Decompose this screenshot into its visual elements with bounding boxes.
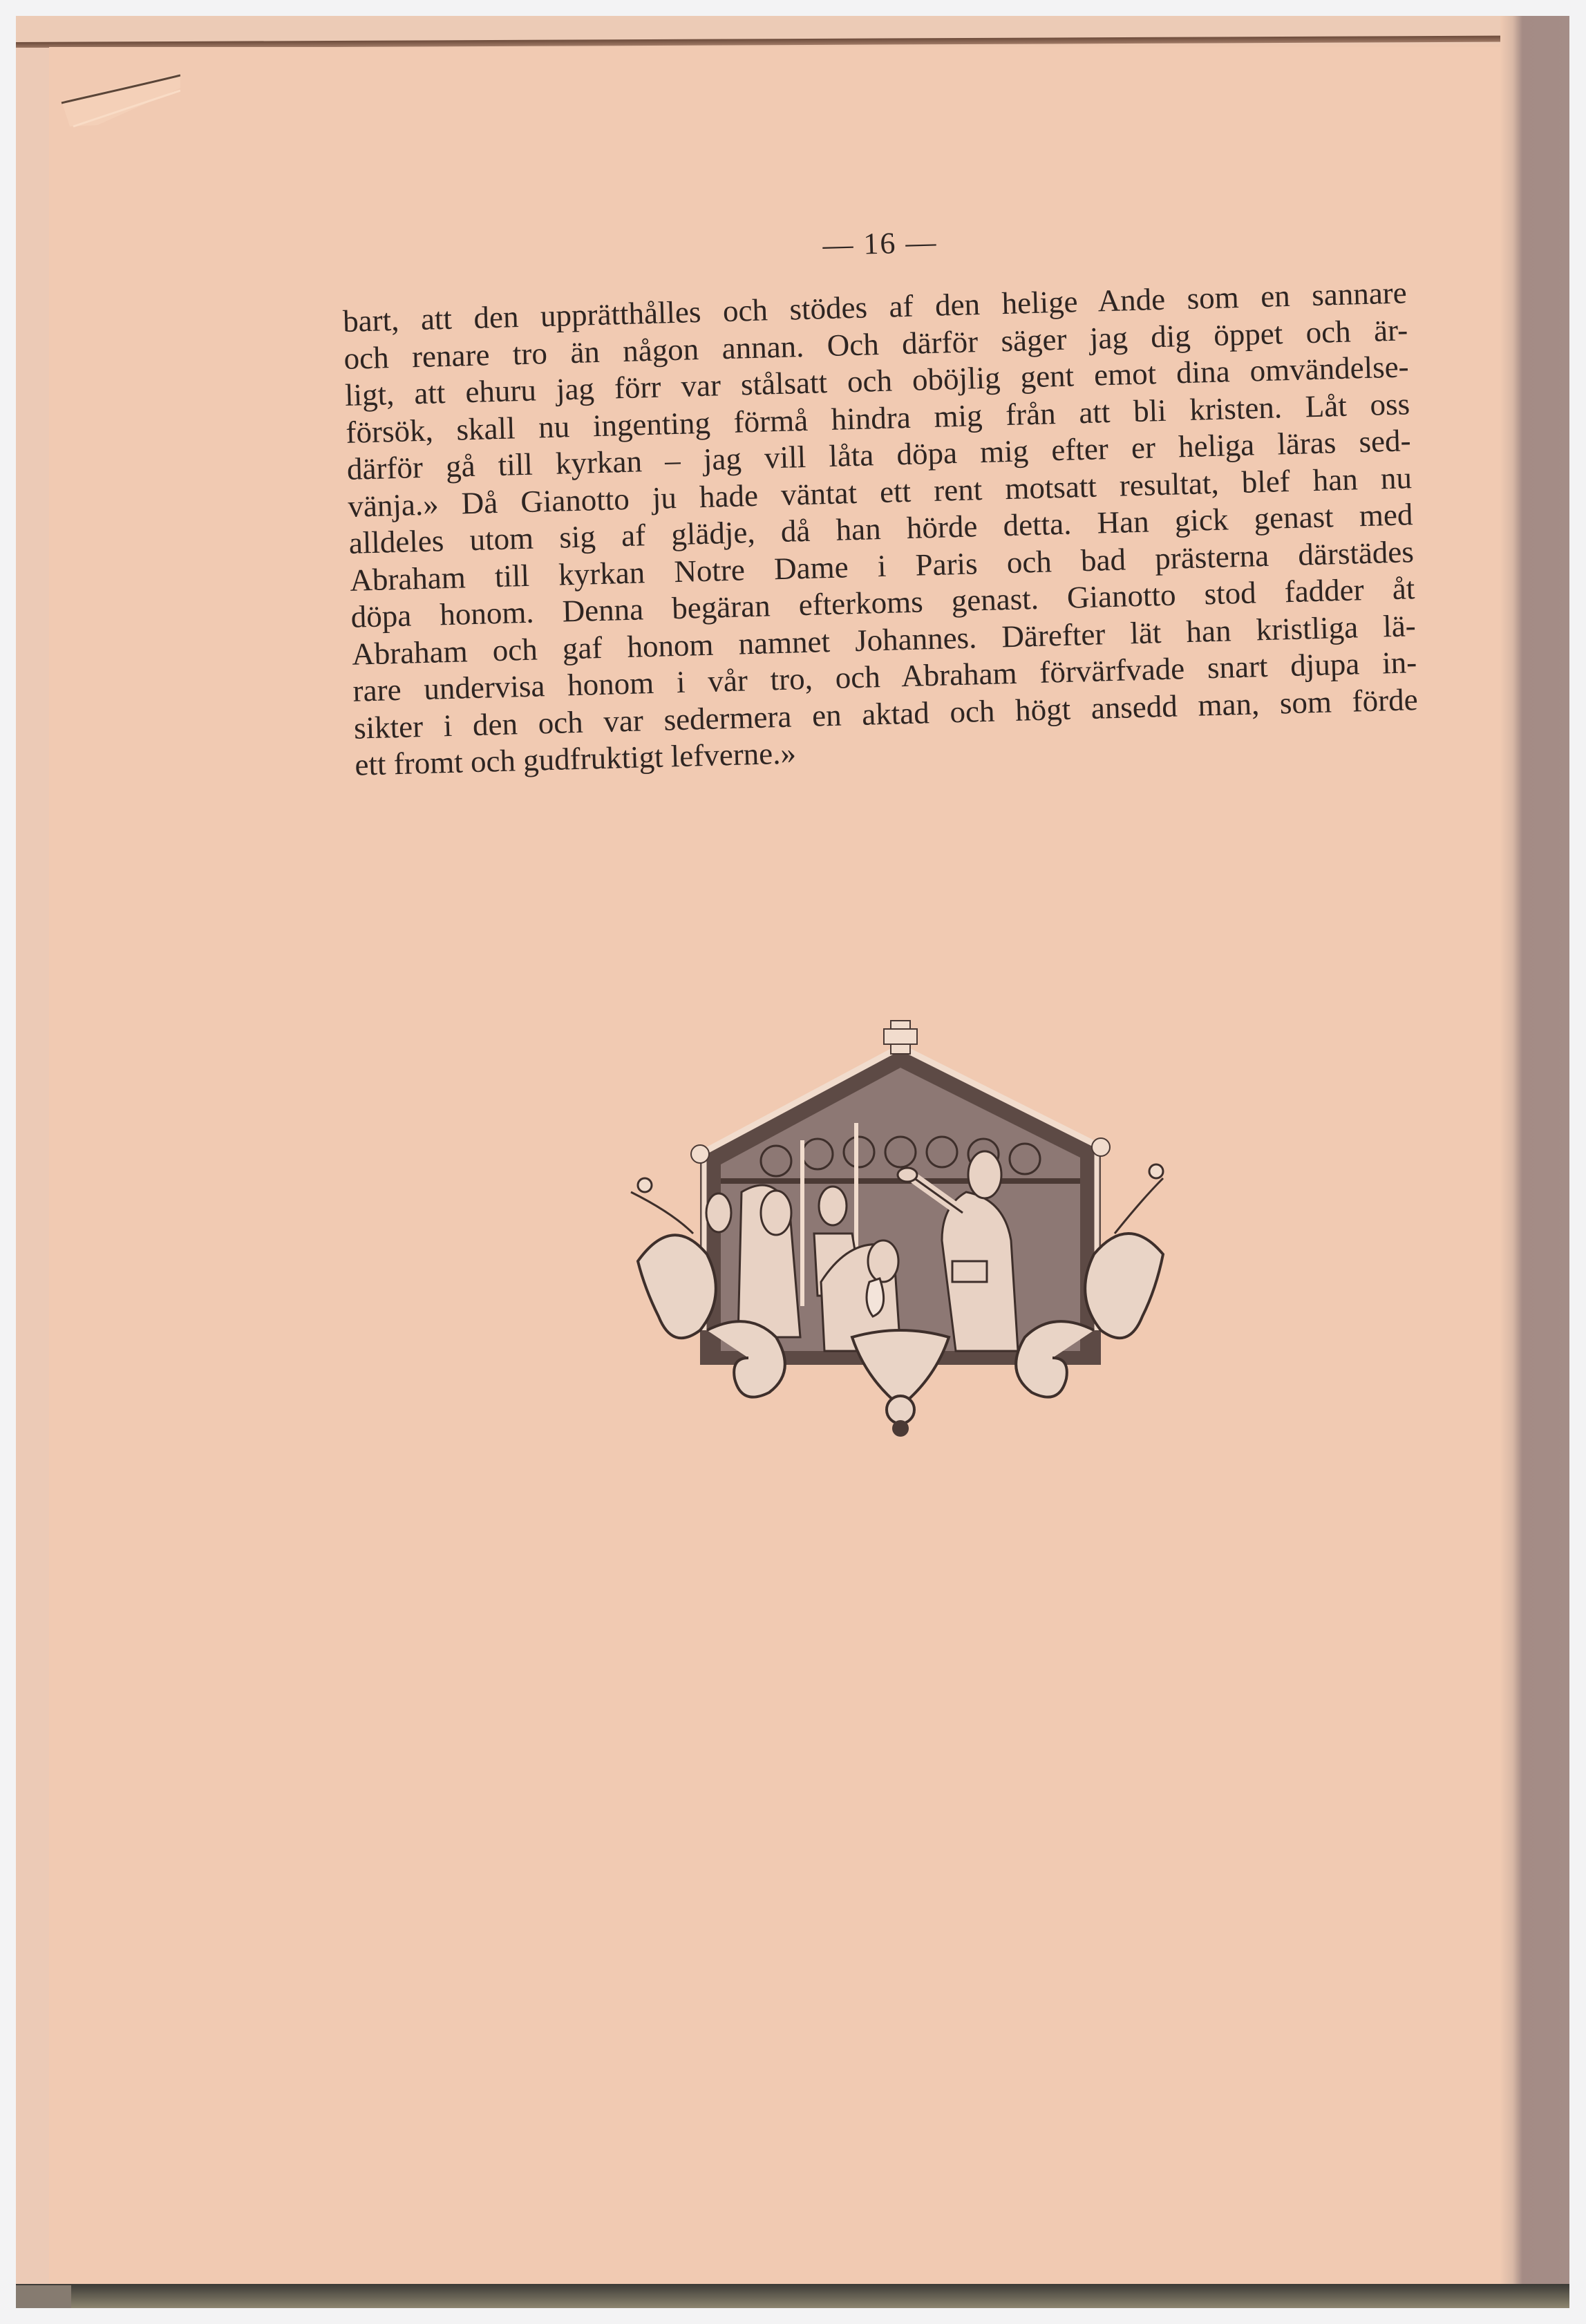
book-page-scan: — 16 — bart, att den upprätthålles och s… (16, 16, 1569, 2308)
scan-bottom-edge (16, 2284, 1569, 2308)
binding-gutter-shadow (1500, 16, 1569, 2308)
body-text: — 16 — bart, att den upprätthålles och s… (341, 211, 1419, 784)
torn-corner-icon (49, 70, 180, 132)
scan-corner-block (16, 2285, 71, 2308)
baptism-illustration (617, 1005, 1184, 1448)
